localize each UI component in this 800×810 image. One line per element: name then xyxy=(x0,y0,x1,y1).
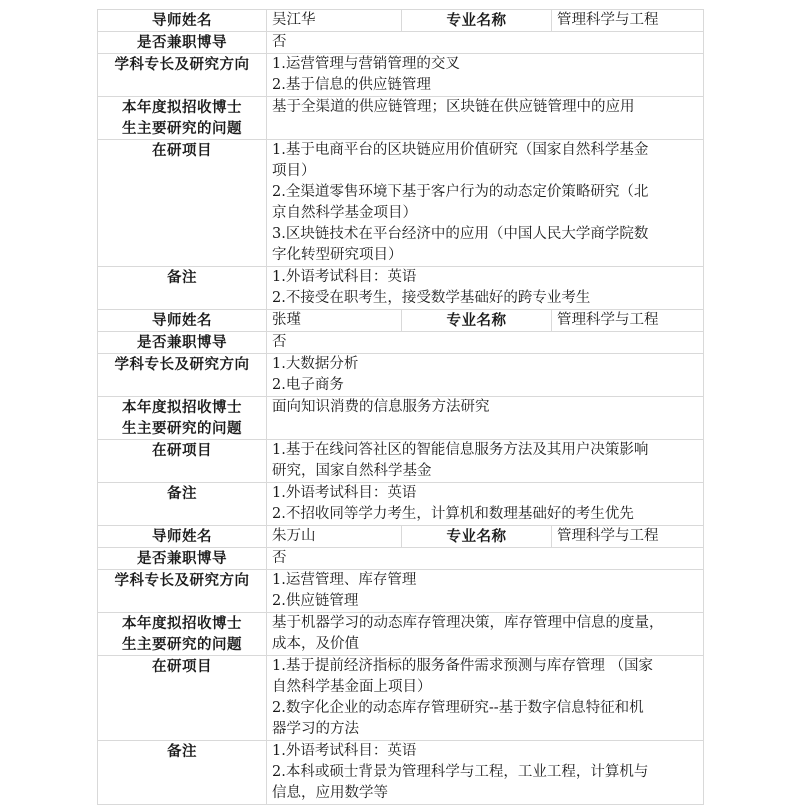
remark-line: 2.本科或硕士背景为管理科学与工程，工业工程，计算机与 xyxy=(272,762,698,783)
projects-value: 1.基于在线问答社区的智能信息服务方法及其用户决策影响 研究，国家自然科学基金 xyxy=(267,440,704,483)
project-line: 研究，国家自然科学基金 xyxy=(272,461,698,482)
specialty-label: 学科专长及研究方向 xyxy=(98,54,267,97)
specialty-line: 1.大数据分析 xyxy=(272,354,698,375)
major-name-value: 管理科学与工程 xyxy=(552,526,704,548)
projects-value: 1.基于提前经济指标的服务备件需求预测与库存管理 （国家 自然科学基金面上项目）… xyxy=(267,656,704,741)
major-name-value: 管理科学与工程 xyxy=(552,310,704,332)
advisor-2-name-row: 导师姓名 张瑾 专业名称 管理科学与工程 xyxy=(98,310,704,332)
project-line: 器学习的方法 xyxy=(272,719,698,740)
research-problem-value: 面向知识消费的信息服务方法研究 xyxy=(267,397,704,440)
project-line: 2.全渠道零售环境下基于客户行为的动态定价策略研究（北 xyxy=(272,182,698,203)
advisor-3-research-problem-row: 本年度拟招收博士 生主要研究的问题 基于机器学习的动态库存管理决策，库存管理中信… xyxy=(98,613,704,656)
advisor-1-research-problem-row: 本年度拟招收博士 生主要研究的问题 基于全渠道的供应链管理；区块链在供应链管理中… xyxy=(98,97,704,140)
advisor-2-projects-row: 在研项目 1.基于在线问答社区的智能信息服务方法及其用户决策影响 研究，国家自然… xyxy=(98,440,704,483)
specialty-value: 1.大数据分析 2.电子商务 xyxy=(267,354,704,397)
advisor-3-remarks-row: 备注 1.外语考试科目：英语 2.本科或硕士背景为管理科学与工程，工业工程，计算… xyxy=(98,741,704,805)
advisor-name-label: 导师姓名 xyxy=(98,310,267,332)
project-line: 1.基于提前经济指标的服务备件需求预测与库存管理 （国家 xyxy=(272,656,698,677)
specialty-line: 1.运营管理、库存管理 xyxy=(272,570,698,591)
project-line: 字化转型研究项目） xyxy=(272,245,698,266)
project-line: 1.基于电商平台的区块链应用价值研究（国家自然科学基金 xyxy=(272,140,698,161)
advisor-table: 导师姓名 吴江华 专业名称 管理科学与工程 是否兼职博导 否 学科专长及研究方向… xyxy=(97,9,704,805)
advisor-name-value: 张瑾 xyxy=(267,310,402,332)
specialty-label: 学科专长及研究方向 xyxy=(98,570,267,613)
remarks-label: 备注 xyxy=(98,483,267,526)
research-problem-label-line: 本年度拟招收博士 xyxy=(100,613,264,634)
research-problem-value: 基于全渠道的供应链管理；区块链在供应链管理中的应用 xyxy=(267,97,704,140)
advisor-1-parttime-row: 是否兼职博导 否 xyxy=(98,32,704,54)
advisor-name-label: 导师姓名 xyxy=(98,526,267,548)
part-time-label: 是否兼职博导 xyxy=(98,32,267,54)
remark-line: 2.不接受在职考生，接受数学基础好的跨专业考生 xyxy=(272,288,698,309)
part-time-value: 否 xyxy=(267,32,704,54)
part-time-label: 是否兼职博导 xyxy=(98,548,267,570)
major-name-label: 专业名称 xyxy=(402,526,552,548)
research-problem-line: 基于机器学习的动态库存管理决策，库存管理中信息的度量， xyxy=(272,613,698,634)
project-line: 3.区块链技术在平台经济中的应用（中国人民大学商学院数 xyxy=(272,224,698,245)
advisor-2-research-problem-row: 本年度拟招收博士 生主要研究的问题 面向知识消费的信息服务方法研究 xyxy=(98,397,704,440)
advisor-2-parttime-row: 是否兼职博导 否 xyxy=(98,332,704,354)
research-problem-line: 面向知识消费的信息服务方法研究 xyxy=(272,397,698,418)
remarks-value: 1.外语考试科目：英语 2.本科或硕士背景为管理科学与工程，工业工程，计算机与 … xyxy=(267,741,704,805)
research-problem-label: 本年度拟招收博士 生主要研究的问题 xyxy=(98,613,267,656)
advisor-name-label: 导师姓名 xyxy=(98,10,267,32)
projects-label: 在研项目 xyxy=(98,656,267,741)
specialty-line: 1.运营管理与营销管理的交叉 xyxy=(272,54,698,75)
remarks-label: 备注 xyxy=(98,267,267,310)
remarks-value: 1.外语考试科目：英语 2.不招收同等学力考生，计算机和数理基础好的考生优先 xyxy=(267,483,704,526)
advisor-info-document: 导师姓名 吴江华 专业名称 管理科学与工程 是否兼职博导 否 学科专长及研究方向… xyxy=(97,9,703,805)
project-line: 1.基于在线问答社区的智能信息服务方法及其用户决策影响 xyxy=(272,440,698,461)
research-problem-label-line: 本年度拟招收博士 xyxy=(100,97,264,118)
advisor-2-specialty-row: 学科专长及研究方向 1.大数据分析 2.电子商务 xyxy=(98,354,704,397)
specialty-value: 1.运营管理、库存管理 2.供应链管理 xyxy=(267,570,704,613)
research-problem-line: 成本，及价值 xyxy=(272,634,698,655)
specialty-line: 2.供应链管理 xyxy=(272,591,698,612)
advisor-3-parttime-row: 是否兼职博导 否 xyxy=(98,548,704,570)
advisor-3-name-row: 导师姓名 朱万山 专业名称 管理科学与工程 xyxy=(98,526,704,548)
research-problem-label: 本年度拟招收博士 生主要研究的问题 xyxy=(98,97,267,140)
remark-line: 1.外语考试科目：英语 xyxy=(272,741,698,762)
projects-value: 1.基于电商平台的区块链应用价值研究（国家自然科学基金 项目） 2.全渠道零售环… xyxy=(267,140,704,267)
advisor-3-specialty-row: 学科专长及研究方向 1.运营管理、库存管理 2.供应链管理 xyxy=(98,570,704,613)
research-problem-label-line: 本年度拟招收博士 xyxy=(100,397,264,418)
advisor-name-value: 吴江华 xyxy=(267,10,402,32)
remark-line: 1.外语考试科目：英语 xyxy=(272,267,698,288)
advisor-2-remarks-row: 备注 1.外语考试科目：英语 2.不招收同等学力考生，计算机和数理基础好的考生优… xyxy=(98,483,704,526)
projects-label: 在研项目 xyxy=(98,440,267,483)
major-name-label: 专业名称 xyxy=(402,310,552,332)
research-problem-label-line: 生主要研究的问题 xyxy=(100,418,264,439)
part-time-value: 否 xyxy=(267,548,704,570)
project-line: 2.数字化企业的动态库存管理研究--基于数字信息特征和机 xyxy=(272,698,698,719)
project-line: 项目） xyxy=(272,161,698,182)
advisor-1-remarks-row: 备注 1.外语考试科目：英语 2.不接受在职考生，接受数学基础好的跨专业考生 xyxy=(98,267,704,310)
project-line: 京自然科学基金项目） xyxy=(272,203,698,224)
projects-label: 在研项目 xyxy=(98,140,267,267)
advisor-1-name-row: 导师姓名 吴江华 专业名称 管理科学与工程 xyxy=(98,10,704,32)
remark-line: 1.外语考试科目：英语 xyxy=(272,483,698,504)
major-name-value: 管理科学与工程 xyxy=(552,10,704,32)
advisor-3-projects-row: 在研项目 1.基于提前经济指标的服务备件需求预测与库存管理 （国家 自然科学基金… xyxy=(98,656,704,741)
major-name-label: 专业名称 xyxy=(402,10,552,32)
advisor-1-projects-row: 在研项目 1.基于电商平台的区块链应用价值研究（国家自然科学基金 项目） 2.全… xyxy=(98,140,704,267)
project-line: 自然科学基金面上项目） xyxy=(272,677,698,698)
specialty-label: 学科专长及研究方向 xyxy=(98,354,267,397)
remark-line: 2.不招收同等学力考生，计算机和数理基础好的考生优先 xyxy=(272,504,698,525)
specialty-value: 1.运营管理与营销管理的交叉 2.基于信息的供应链管理 xyxy=(267,54,704,97)
research-problem-label: 本年度拟招收博士 生主要研究的问题 xyxy=(98,397,267,440)
research-problem-label-line: 生主要研究的问题 xyxy=(100,634,264,655)
research-problem-line: 基于全渠道的供应链管理；区块链在供应链管理中的应用 xyxy=(272,97,698,118)
research-problem-label-line: 生主要研究的问题 xyxy=(100,118,264,139)
remarks-label: 备注 xyxy=(98,741,267,805)
advisor-1-specialty-row: 学科专长及研究方向 1.运营管理与营销管理的交叉 2.基于信息的供应链管理 xyxy=(98,54,704,97)
part-time-label: 是否兼职博导 xyxy=(98,332,267,354)
research-problem-value: 基于机器学习的动态库存管理决策，库存管理中信息的度量， 成本，及价值 xyxy=(267,613,704,656)
part-time-value: 否 xyxy=(267,332,704,354)
specialty-line: 2.基于信息的供应链管理 xyxy=(272,75,698,96)
remarks-value: 1.外语考试科目：英语 2.不接受在职考生，接受数学基础好的跨专业考生 xyxy=(267,267,704,310)
specialty-line: 2.电子商务 xyxy=(272,375,698,396)
remark-line: 信息，应用数学等 xyxy=(272,783,698,804)
advisor-name-value: 朱万山 xyxy=(267,526,402,548)
